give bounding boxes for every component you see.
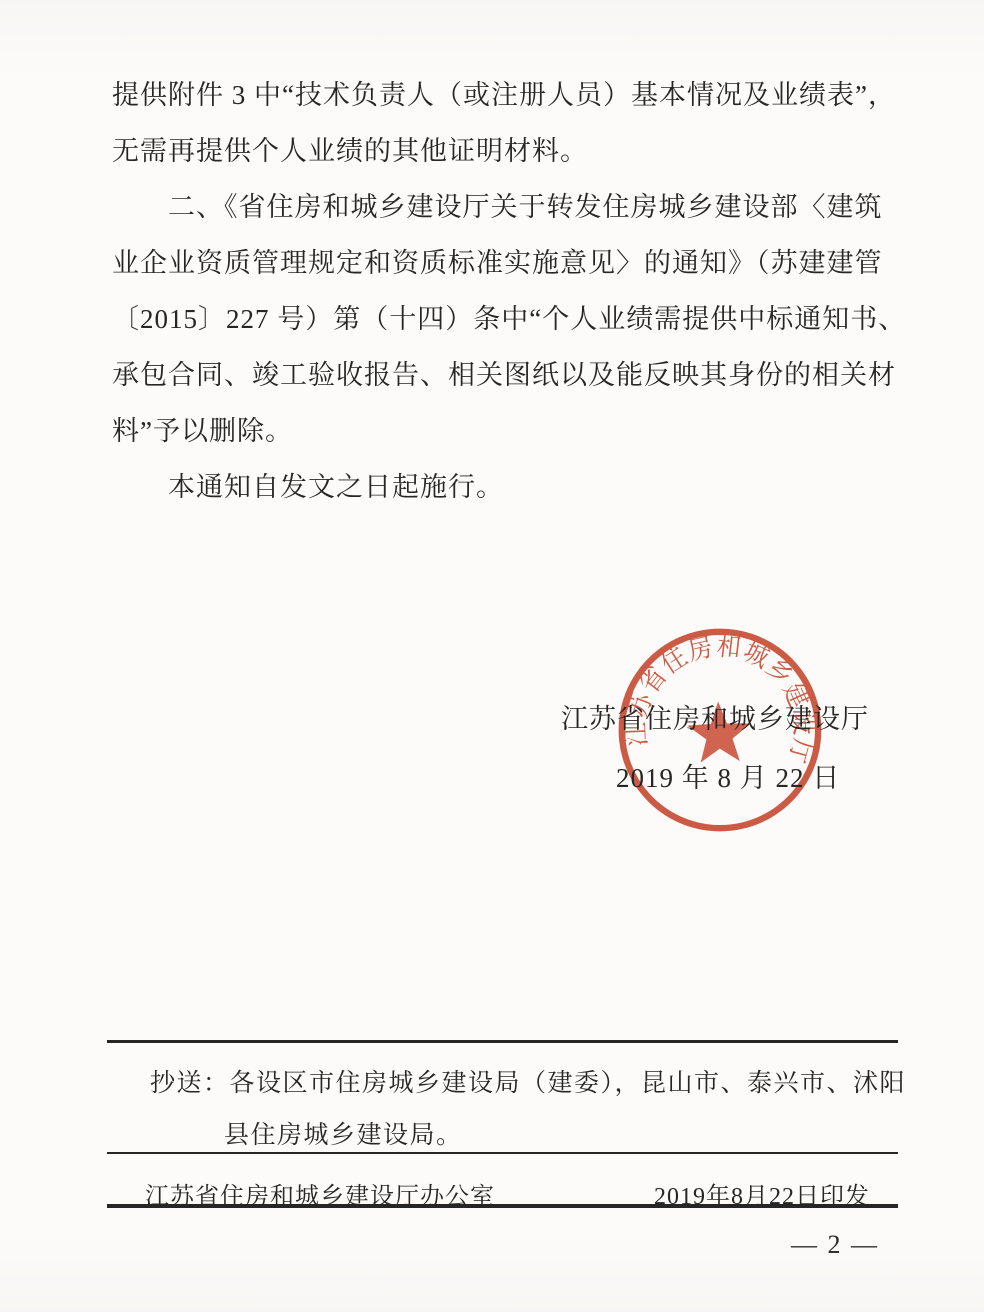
page-number: — 2 —	[780, 1230, 890, 1260]
cc-recipients-line1: 抄送：各设区市住房城乡建设局（建委），昆山市、泰兴市、沭阳	[150, 1063, 906, 1099]
signature-agency: 江苏省住房和城乡建设厅	[561, 697, 869, 736]
body-line: 二、《省住房和城乡建设厅关于转发住房城乡建设部〈建筑	[112, 179, 882, 235]
body-line: 提供附件 3 中“技术负责人（或注册人员）基本情况及业绩表”，	[112, 67, 882, 123]
signature-date: 2019 年 8 月 22 日	[616, 756, 840, 795]
footer-top-divider	[107, 1040, 898, 1043]
cc-recipients-line2: 县住房城乡建设局。	[224, 1115, 463, 1151]
body-line: 无需再提供个人业绩的其他证明材料。	[112, 123, 882, 179]
body-line: 〔2015〕227 号）第（十四）条中“个人业绩需提供中标通知书、	[112, 291, 882, 347]
body-line: 料”予以删除。	[112, 403, 882, 459]
footer-bottom-divider	[107, 1204, 898, 1208]
scanned-document-page: 提供附件 3 中“技术负责人（或注册人员）基本情况及业绩表”， 无需再提供个人业…	[0, 0, 984, 1312]
body-line: 本通知自发文之日起施行。	[112, 459, 882, 515]
body-line: 业企业资质管理规定和资质标准实施意见〉的通知》（苏建建管	[112, 235, 882, 291]
document-body: 提供附件 3 中“技术负责人（或注册人员）基本情况及业绩表”， 无需再提供个人业…	[112, 67, 882, 515]
footer-middle-divider	[107, 1152, 898, 1154]
body-line: 承包合同、竣工验收报告、相关图纸以及能反映其身份的相关材	[112, 347, 882, 403]
